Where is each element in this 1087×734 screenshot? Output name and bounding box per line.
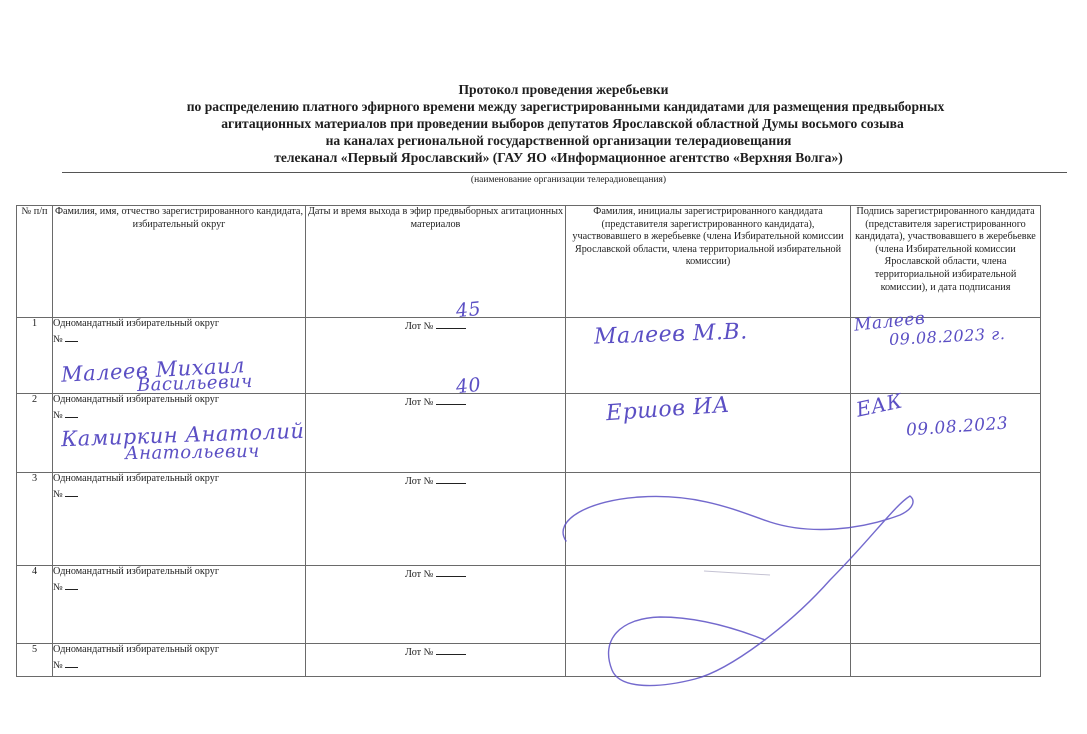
signature-cell: Малеев 09.08.2023 г. — [851, 318, 1041, 394]
representative-cell — [566, 644, 851, 677]
representative-cell: Малеев М.В. — [566, 318, 851, 394]
lot-number-handwritten: 40 — [455, 379, 481, 394]
lot-blank — [436, 644, 466, 655]
district-number-label: № — [53, 660, 63, 671]
title-line: Протокол проведения жеребьевки — [0, 81, 1087, 98]
lot-label: Лот № — [405, 476, 433, 487]
signature-cell — [851, 566, 1041, 644]
district-number-label: № — [53, 410, 63, 421]
airtime-cell: Лот № — [306, 566, 566, 644]
district-label: Одномандатный избирательный округ — [53, 566, 305, 579]
lot-label: Лот № — [405, 397, 433, 408]
header-representative: Фамилия, инициалы зарегистрированного ка… — [566, 206, 851, 318]
representative-cell: Ершов ИА — [566, 394, 851, 473]
draw-protocol-table: № п/п Фамилия, имя, отчество зарегистрир… — [16, 205, 1041, 677]
row-number: 5 — [17, 644, 53, 677]
candidate-cell: Одномандатный избирательный округ № — [53, 644, 306, 677]
signature-cell — [851, 473, 1041, 566]
document-title: Протокол проведения жеребьевки по распре… — [0, 81, 1087, 166]
organization-caption: (наименование организации телерадиовещан… — [0, 175, 1087, 185]
lot-blank — [436, 473, 466, 484]
district-label: Одномандатный избирательный округ — [53, 644, 305, 657]
candidate-patronymic-handwritten: Анатольевич — [125, 446, 260, 461]
title-line: агитационных материалов при проведении в… — [0, 115, 1087, 132]
airtime-cell: Лот № 45 — [306, 318, 566, 394]
district-number-blank — [65, 579, 78, 590]
table-row: 3 Одномандатный избирательный округ № Ло… — [17, 473, 1041, 566]
district-number-label: № — [53, 334, 63, 345]
table-row: 1 Одномандатный избирательный округ № Ма… — [17, 318, 1041, 394]
header-number: № п/п — [17, 206, 53, 318]
district-number-blank — [65, 331, 78, 342]
header-signature: Подпись зарегистрированного кандидата (п… — [851, 206, 1041, 318]
signature-handwritten: ЕАК — [855, 394, 903, 416]
representative-cell — [566, 566, 851, 644]
district-label: Одномандатный избирательный округ — [53, 394, 305, 407]
row-number: 2 — [17, 394, 53, 473]
row-number: 1 — [17, 318, 53, 394]
airtime-cell: Лот № 40 — [306, 394, 566, 473]
header-candidate: Фамилия, имя, отчество зарегистрированно… — [53, 206, 306, 318]
lot-blank — [436, 566, 466, 577]
representative-handwritten: Ершов ИА — [606, 400, 730, 421]
table-header-row: № п/п Фамилия, имя, отчество зарегистрир… — [17, 206, 1041, 318]
district-number-blank — [65, 486, 78, 497]
candidate-cell: Одномандатный избирательный округ № Мале… — [53, 318, 306, 394]
signature-cell: ЕАК 09.08.2023 — [851, 394, 1041, 473]
row-number: 4 — [17, 566, 53, 644]
district-label: Одномандатный избирательный округ — [53, 473, 305, 486]
title-line: телеканал «Первый Ярославский» (ГАУ ЯО «… — [0, 149, 1087, 166]
sign-date-handwritten: 09.08.2023 — [906, 417, 1009, 437]
signature-cell — [851, 644, 1041, 677]
lot-label: Лот № — [405, 321, 433, 332]
title-line: по распределению платного эфирного време… — [0, 98, 1087, 115]
district-number-label: № — [53, 489, 63, 500]
table-row: 4 Одномандатный избирательный округ № Ло… — [17, 566, 1041, 644]
airtime-cell: Лот № — [306, 473, 566, 566]
table-row: 2 Одномандатный избирательный округ № Ка… — [17, 394, 1041, 473]
representative-cell — [566, 473, 851, 566]
lot-label: Лот № — [405, 569, 433, 580]
district-label: Одномандатный избирательный округ — [53, 318, 305, 331]
table-row: 5 Одномандатный избирательный округ № Ло… — [17, 644, 1041, 677]
row-number: 3 — [17, 473, 53, 566]
lot-label: Лот № — [405, 647, 433, 658]
candidate-patronymic-handwritten: Васильевич — [137, 376, 253, 393]
district-number-label: № — [53, 582, 63, 593]
title-line: на каналах региональной государственной … — [0, 132, 1087, 149]
candidate-cell: Одномандатный избирательный округ № Ками… — [53, 394, 306, 473]
airtime-cell: Лот № — [306, 644, 566, 677]
header-airtime: Даты и время выхода в эфир предвыборных … — [306, 206, 566, 318]
candidate-cell: Одномандатный избирательный округ № — [53, 473, 306, 566]
candidate-cell: Одномандатный избирательный округ № — [53, 566, 306, 644]
representative-handwritten: Малеев М.В. — [594, 326, 748, 344]
district-number-blank — [65, 407, 78, 418]
district-number-blank — [65, 657, 78, 668]
lot-number-handwritten: 45 — [455, 303, 481, 318]
sign-date-handwritten: 09.08.2023 г. — [889, 328, 1006, 347]
organization-underline — [62, 172, 1067, 173]
